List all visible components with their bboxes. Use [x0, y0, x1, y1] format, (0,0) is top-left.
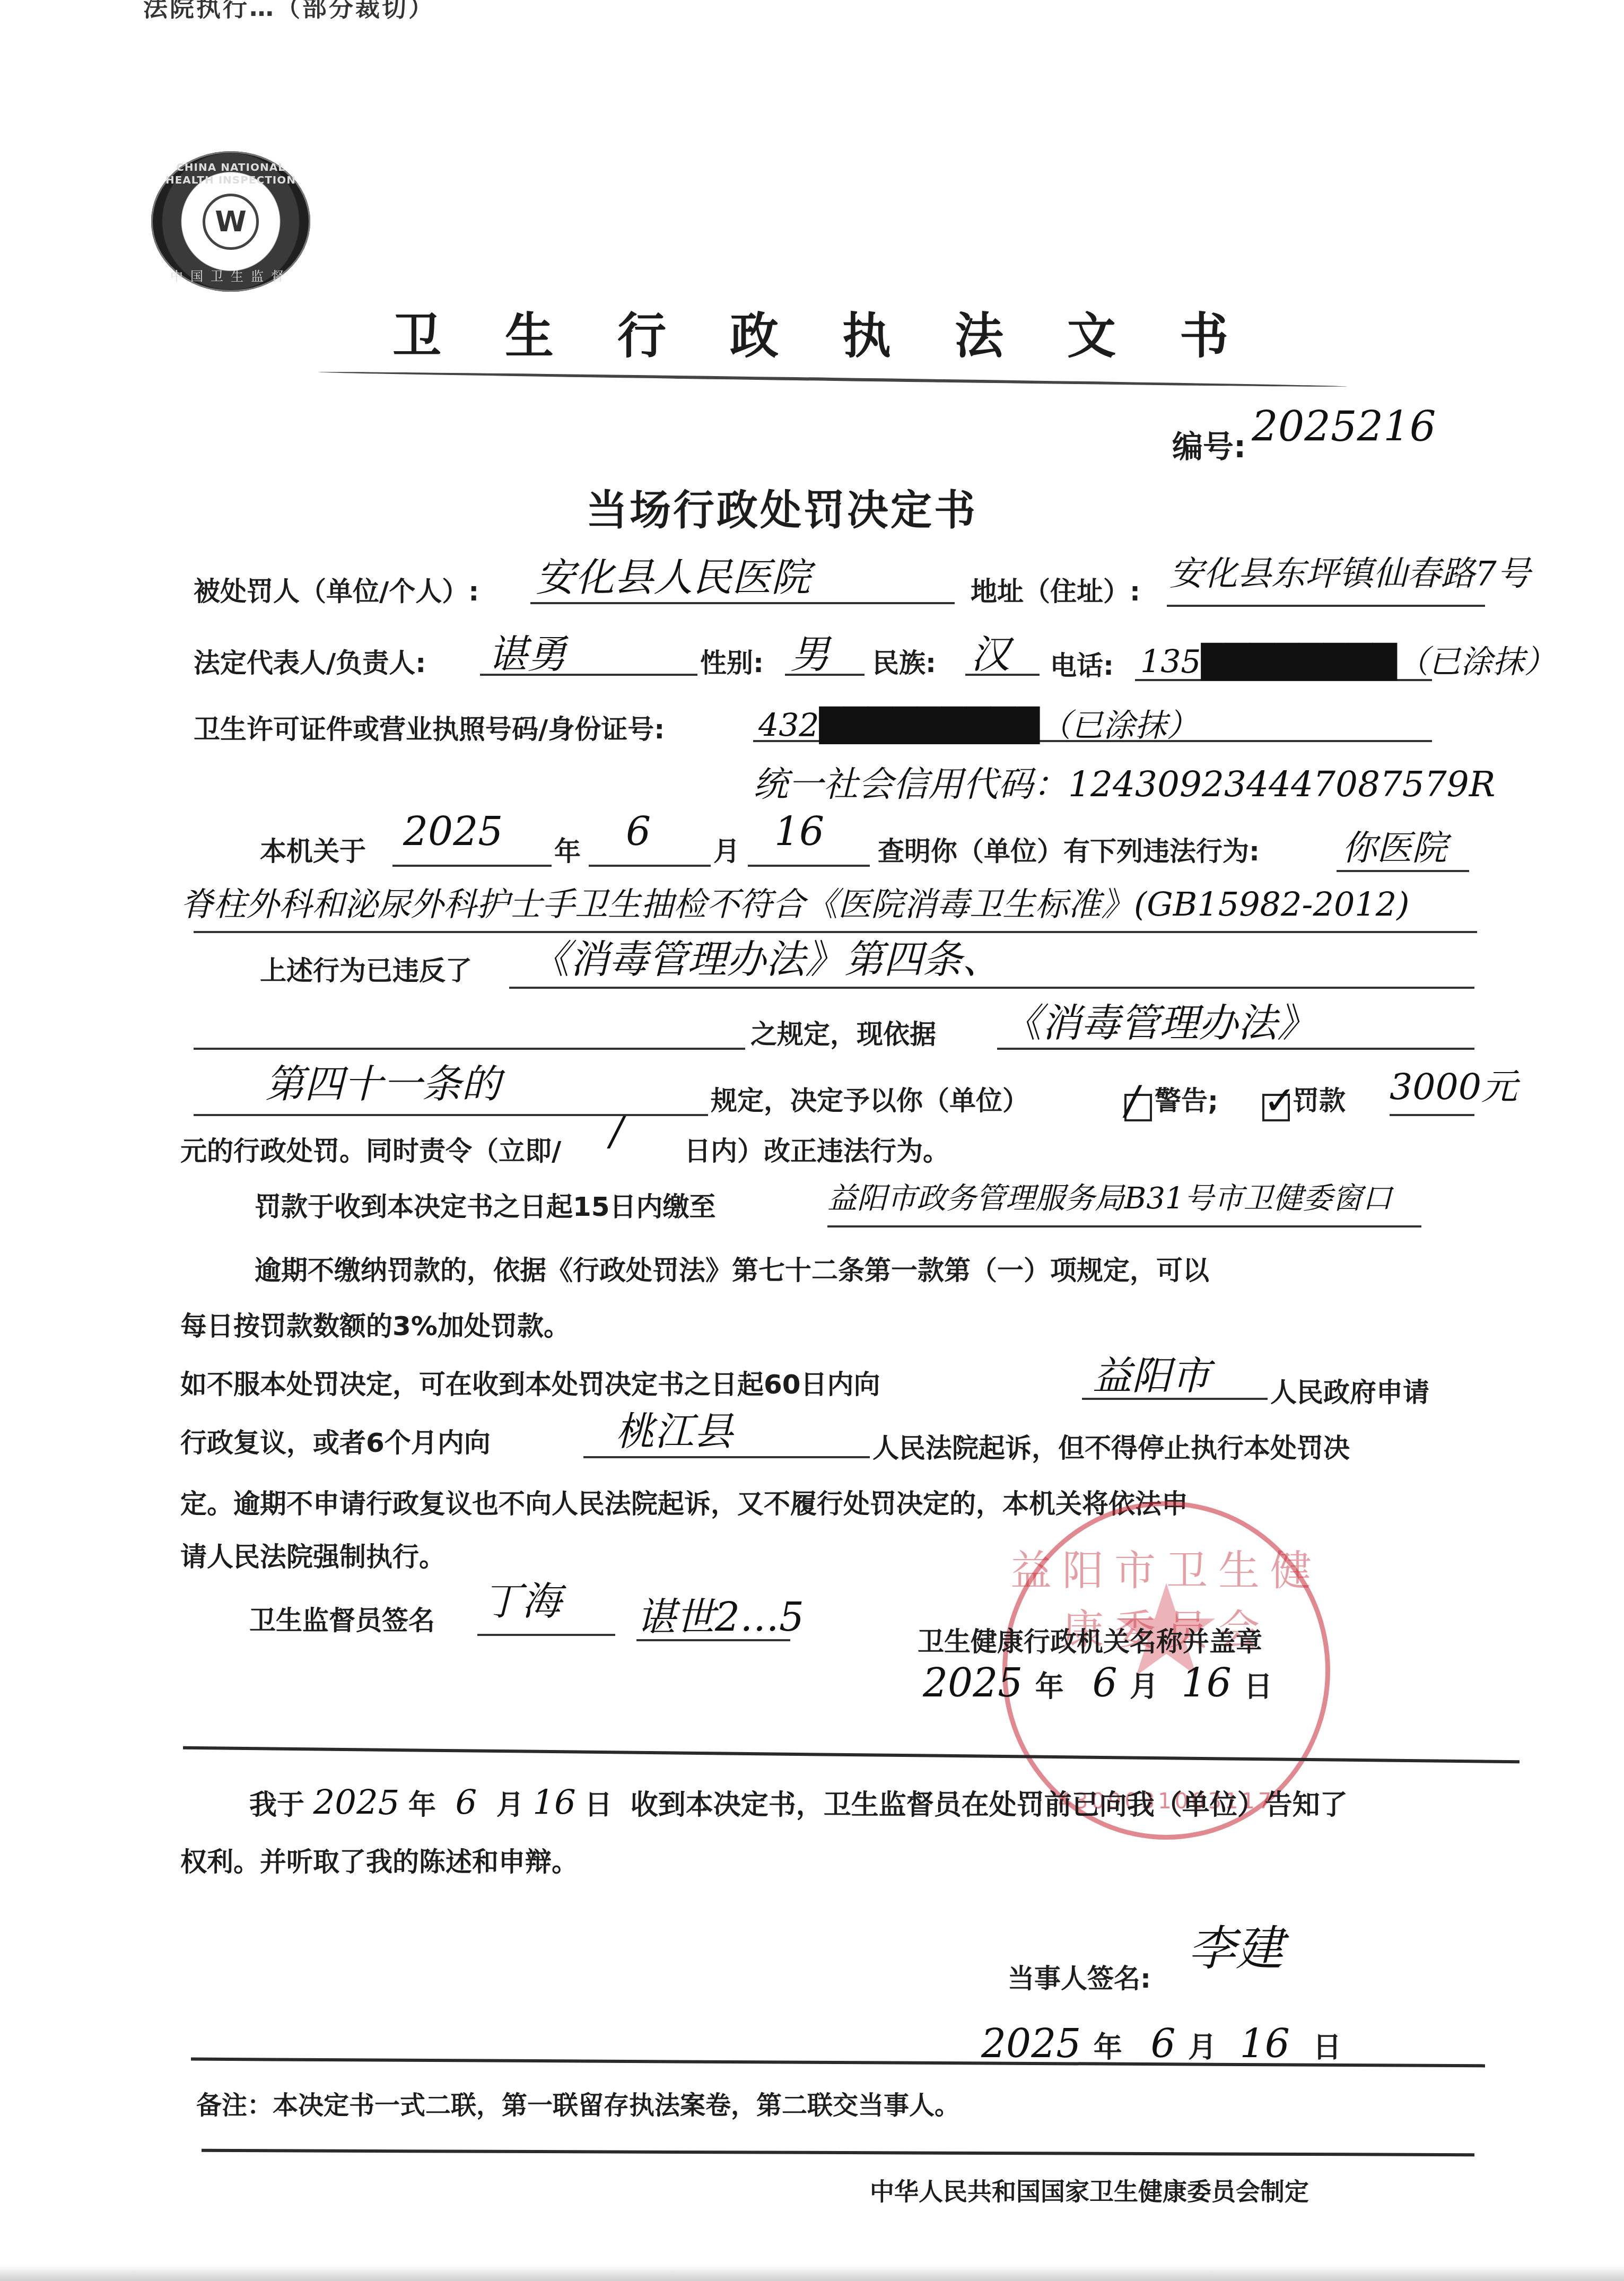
note-divider-bottom: [202, 2149, 1474, 2156]
receipt-text-2: 权利。并听取了我的陈述和申辩。: [180, 1841, 578, 1879]
month-underline: [589, 865, 711, 867]
decision-text: 规定，决定予以你（单位）: [711, 1079, 1029, 1118]
penalty-line1-end: 日内）改正违法行为。: [684, 1130, 949, 1168]
health-inspection-logo: CHINA NATIONAL HEALTH INSPECTION W 中国卫生监…: [151, 151, 310, 292]
correction-days[interactable]: /: [610, 1109, 623, 1154]
inspector-sign-label: 卫生监督员签名: [249, 1599, 435, 1638]
receipt-year[interactable]: 2025: [313, 1783, 400, 1823]
inspector-underline-1: [477, 1634, 615, 1636]
receipt-line1: 我于 2025 年 6 月 16 日 收到本决定书，卫生监督员在处罚前已向我（单…: [249, 1782, 1348, 1823]
issuer-text: 中华人民共和国国家卫生健康委员会制定: [870, 2172, 1309, 2207]
slash-mark-icon: /: [1125, 1078, 1139, 1124]
party-day-label: 日: [1313, 2031, 1341, 2064]
appeal-line4: 请人民法院强制执行。: [180, 1536, 446, 1574]
party-date-year[interactable]: 2025: [981, 2021, 1081, 2067]
party-year-label: 年: [1094, 2031, 1122, 2064]
fine-label: 罚款: [1293, 1085, 1346, 1116]
logo-cn-text: 中国卫生监督: [151, 266, 310, 284]
license-value-redacted[interactable]: 432█████████（已涂抹）: [758, 700, 1199, 746]
agency-month-label: 月: [1130, 1670, 1158, 1703]
warning-label: 警告;: [1155, 1085, 1218, 1116]
fine-option[interactable]: ✓ 罚款: [1262, 1079, 1346, 1121]
paper-edge-shadow: [0, 2265, 1624, 2281]
gender-value[interactable]: 男: [790, 623, 830, 680]
agency-seal-label: 卫生健康行政机关名称并盖章: [918, 1621, 1262, 1659]
license-label: 卫生许可证件或营业执照号码/身份证号:: [194, 708, 665, 746]
penalized-label: 被处罚人（单位/个人）:: [194, 570, 479, 608]
party-date-day[interactable]: 16: [1240, 2021, 1290, 2067]
building-w-emblem-icon: W: [203, 194, 259, 250]
address-value[interactable]: 安化县东坪镇仙春路7号: [1169, 546, 1531, 595]
appeal-line1-prefix: 如不服本处罚决定，可在收到本处罚决定书之日起60日内向: [180, 1363, 880, 1401]
inspector-signature-1[interactable]: 丁海: [483, 1570, 561, 1626]
fine-checkbox[interactable]: ✓: [1262, 1094, 1290, 1121]
payment-underline: [827, 1225, 1421, 1227]
legal-rep-label: 法定代表人/负责人:: [194, 642, 426, 680]
receipt-year-label: 年: [408, 1789, 436, 1821]
violated-underline: [509, 987, 1474, 989]
penalty-line1: 元的行政处罚。同时责令（立即/: [180, 1130, 561, 1168]
overdue-line1: 逾期不缴纳罚款的，依据《行政处罚法》第七十二条第一款第（一）项规定，可以: [255, 1249, 1209, 1287]
credit-code-text[interactable]: 统一社会信用代码：124309234447087579R: [753, 756, 1496, 806]
agency-day-label: 日: [1244, 1670, 1272, 1703]
party-sign-date: 2025 年 6 月 16 日: [981, 2021, 1341, 2067]
title-divider: [318, 370, 1347, 388]
appeal-line3: 定。逾期不申请行政复议也不向人民法院起诉，又不履行处罚决定的，本机关将依法申: [180, 1483, 1188, 1521]
address-label: 地址（住址）:: [971, 570, 1140, 608]
payment-location[interactable]: 益阳市政务管理服务局B31号市卫健委窗口: [827, 1175, 1392, 1217]
year-label: 年: [554, 830, 581, 868]
violated-prefix: 上述行为已违反了: [260, 950, 472, 988]
violation-year[interactable]: 2025: [403, 809, 503, 855]
appeal-line2-prefix: 行政复议，或者6个月内向: [180, 1422, 491, 1460]
overdue-line2: 每日按罚款数额的3%加处罚款。: [180, 1305, 570, 1343]
violation-day[interactable]: 16: [774, 809, 824, 855]
party-month-label: 月: [1188, 2031, 1217, 2064]
basis-article[interactable]: 第四十一条的: [265, 1053, 501, 1109]
gender-label: 性别:: [700, 642, 764, 680]
article-underline: [194, 1114, 708, 1116]
agency-date-day[interactable]: 16: [1182, 1660, 1232, 1706]
agency-date: 2025 年 6 月 16 日: [923, 1660, 1272, 1706]
receipt-day[interactable]: 16: [532, 1783, 575, 1823]
receipt-day-label: 日: [584, 1789, 612, 1821]
payment-prefix: 罚款于收到本决定书之日起15日内缴至: [255, 1186, 716, 1224]
violation-intro-prefix: 本机关于: [260, 830, 366, 868]
warning-checkbox[interactable]: /: [1124, 1094, 1152, 1121]
violated-law[interactable]: 《消毒管理办法》第四条、: [530, 928, 1001, 985]
warning-option[interactable]: / 警告;: [1124, 1079, 1218, 1121]
doc-number-label: 编号:: [1172, 422, 1246, 466]
cut-off-header-text: 法院执行…（部分裁切）: [143, 0, 435, 23]
appeal-line2-suffix: 人民法院起诉，但不得停止执行本处罚决: [872, 1427, 1350, 1465]
receipt-prefix: 我于: [249, 1789, 304, 1821]
footer-note: 备注：本决定书一式二联，第一联留存执法案卷，第二联交当事人。: [196, 2085, 960, 2121]
fine-amount[interactable]: 3000元: [1390, 1058, 1517, 1110]
behavior-start[interactable]: 你医院: [1342, 820, 1447, 870]
main-title: 卫生行政执法文书: [392, 297, 1292, 367]
agency-year-label: 年: [1035, 1670, 1064, 1703]
receipt-month[interactable]: 6: [456, 1783, 477, 1823]
phone-value-redacted[interactable]: 135████████（已涂抹）: [1140, 637, 1556, 682]
provision-mid-text: 之规定，现依据: [750, 1013, 936, 1051]
behavior-text[interactable]: 脊柱外科和泌尿外科护士手卫生抽检不符合《医院消毒卫生标准》(GB15982-20…: [180, 878, 1409, 925]
gov-value[interactable]: 益阳市: [1093, 1345, 1210, 1401]
party-date-month[interactable]: 6: [1150, 2021, 1175, 2067]
agency-date-year[interactable]: 2025: [923, 1660, 1023, 1706]
party-signature[interactable]: 李建: [1188, 1910, 1284, 1979]
provision-underline-left: [194, 1048, 745, 1050]
appeal-line1-suffix: 人民政府申请: [1270, 1371, 1429, 1409]
doc-number-value: 2025216: [1252, 403, 1436, 451]
penalized-value[interactable]: 安化县人民医院: [536, 546, 810, 603]
phone-label: 电话:: [1050, 645, 1114, 683]
basis-law[interactable]: 《消毒管理办法》: [1002, 992, 1316, 1048]
court-value[interactable]: 桃江县: [615, 1400, 733, 1457]
legal-rep-value[interactable]: 谌勇: [488, 623, 566, 680]
year-underline: [392, 865, 552, 867]
receipt-text-1: 收到本决定书，卫生监督员在处罚前已向我（单位）告知了: [631, 1789, 1348, 1821]
fine-underline: [1390, 1114, 1474, 1116]
sub-title: 当场行政处罚决定书: [586, 477, 977, 537]
agency-date-month[interactable]: 6: [1092, 1660, 1117, 1706]
ethnicity-label: 民族:: [872, 642, 936, 680]
section-divider: [183, 1746, 1520, 1763]
logo-ring-text: CHINA NATIONAL HEALTH INSPECTION: [151, 161, 310, 186]
ethnicity-value[interactable]: 汉: [971, 623, 1010, 680]
day-underline: [748, 865, 870, 867]
violation-month[interactable]: 6: [626, 809, 651, 855]
month-label: 月: [713, 830, 740, 868]
violation-intro-suffix: 查明你（单位）有下列违法行为:: [878, 830, 1260, 868]
address-underline: [1167, 605, 1485, 607]
inspector-signature-2[interactable]: 谌世2…5: [636, 1586, 804, 1642]
receipt-month-label: 月: [496, 1789, 524, 1821]
behavior-start-underline: [1337, 870, 1469, 872]
party-sign-label: 当事人签名:: [1008, 1957, 1151, 1996]
checkmark-icon: ✓: [1263, 1078, 1296, 1124]
